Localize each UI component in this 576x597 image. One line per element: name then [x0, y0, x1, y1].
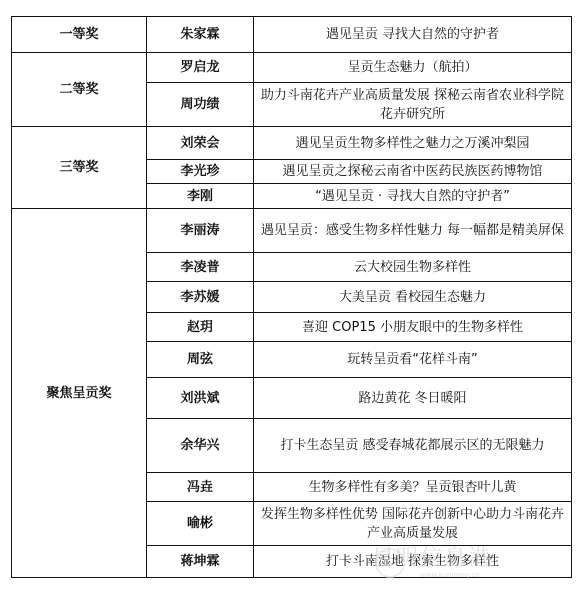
prize-level-cell: 二等奖	[12, 53, 147, 127]
work-title-cell: 呈贡生态魅力（航拍）	[254, 53, 572, 83]
work-title-cell: 遇见呈贡 寻找大自然的守护者	[254, 17, 572, 53]
work-title-cell: 生物多样性有多美？呈贡银杏叶儿黄	[254, 473, 572, 502]
winner-name-cell: 冯垚	[147, 473, 254, 502]
winner-name-cell: 李刚	[147, 184, 254, 209]
winner-name-cell: 周弦	[147, 342, 254, 378]
work-title-cell: 打卡生态呈贡 感受春城花都展示区的无限魅力	[254, 419, 572, 473]
winner-name-cell: 喻彬	[147, 502, 254, 546]
prize-level-cell: 一等奖	[12, 17, 147, 53]
work-title-cell: 遇见呈贡之探秘云南省中医药民族医药博物馆	[254, 160, 572, 184]
work-title-cell: 云大校园生物多样性	[254, 253, 572, 282]
winner-name-cell: 朱家霖	[147, 17, 254, 53]
winner-name-cell: 李苏媛	[147, 282, 254, 313]
table-row: 二等奖罗启龙呈贡生态魅力（航拍）	[12, 53, 572, 83]
work-title-cell: 发挥生物多样性优势 国际花卉创新中心助力斗南花卉产业高质量发展	[254, 502, 572, 546]
winner-name-cell: 刘洪斌	[147, 378, 254, 419]
work-title-cell: 路边黄花 冬日暖阳	[254, 378, 572, 419]
work-title-cell: 玩转呈贡看“花样斗南”	[254, 342, 572, 378]
prize-level-cell: 聚焦呈贡奖	[12, 209, 147, 578]
work-title-cell: 遇见呈贡：感受生物多样性魅力 每一幅都是精美屏保	[254, 209, 572, 253]
table-row: 三等奖刘荣会遇见呈贡生物多样性之魅力之万溪冲梨园	[12, 127, 572, 160]
awards-table-body: 一等奖朱家霖遇见呈贡 寻找大自然的守护者二等奖罗启龙呈贡生态魅力（航拍）周功绩助…	[12, 17, 572, 578]
work-title-cell: 遇见呈贡生物多样性之魅力之万溪冲梨园	[254, 127, 572, 160]
winner-name-cell: 罗启龙	[147, 53, 254, 83]
work-title-cell: “遇见呈贡 · 寻找大自然的守护者”	[254, 184, 572, 209]
winner-name-cell: 李丽涛	[147, 209, 254, 253]
awards-table: 一等奖朱家霖遇见呈贡 寻找大自然的守护者二等奖罗启龙呈贡生态魅力（航拍）周功绩助…	[11, 16, 572, 578]
winner-name-cell: 李凌普	[147, 253, 254, 282]
work-title-cell: 打卡斗南湿地 探索生物多样性	[254, 546, 572, 578]
winner-name-cell: 蒋坤霖	[147, 546, 254, 578]
winner-name-cell: 李光珍	[147, 160, 254, 184]
winner-name-cell: 刘荣会	[147, 127, 254, 160]
watermark-url: www.kunming.cn	[420, 571, 480, 579]
work-title-cell: 喜迎 COP15 小朋友眼中的生物多样性	[254, 313, 572, 342]
table-row: 聚焦呈贡奖李丽涛遇见呈贡：感受生物多样性魅力 每一幅都是精美屏保	[12, 209, 572, 253]
watermark-logo-icon	[375, 548, 405, 578]
table-row: 一等奖朱家霖遇见呈贡 寻找大自然的守护者	[12, 17, 572, 53]
winner-name-cell: 赵玥	[147, 313, 254, 342]
work-title-cell: 大美呈贡 看校园生态魅力	[254, 282, 572, 313]
prize-level-cell: 三等奖	[12, 127, 147, 209]
winner-name-cell: 周功绩	[147, 83, 254, 127]
work-title-cell: 助力斗南花卉产业高质量发展 探秘云南省农业科学院花卉研究所	[254, 83, 572, 127]
winner-name-cell: 余华兴	[147, 419, 254, 473]
